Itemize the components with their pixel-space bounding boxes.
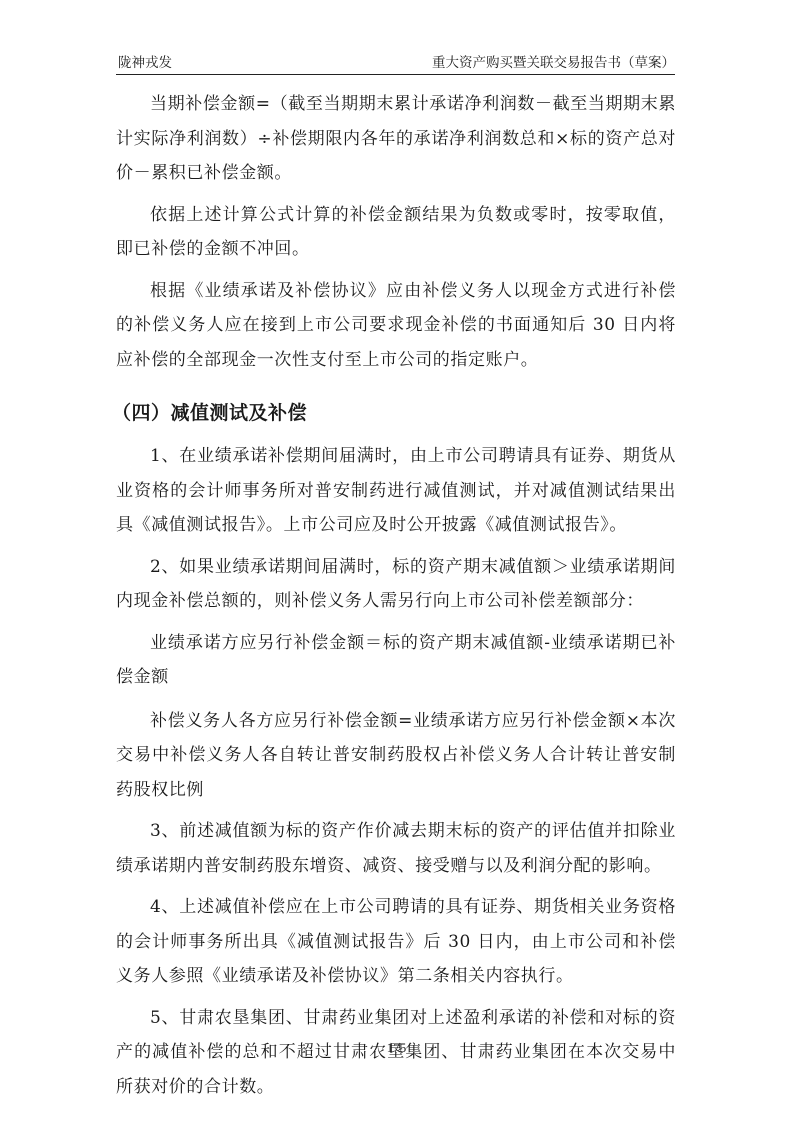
item-3: 3、前述减值额为标的资产作价减去期末标的资产的评估值并扣除业绩承诺期内普安制药股… [116, 814, 676, 883]
page-number: 175 [0, 1040, 793, 1056]
paragraph-cash-payment: 根据《业绩承诺及补偿协议》应由补偿义务人以现金方式进行补偿的补偿义务人应在接到上… [116, 274, 676, 378]
item-2: 2、如果业绩承诺期间届满时，标的资产期末减值额＞业绩承诺期间内现金补偿总额的，则… [116, 550, 676, 619]
paragraph-compensation-formula: 当期补偿金额=（截至当期期末累计承诺净利润数－截至当期期末累计实际净利润数）÷补… [116, 87, 676, 191]
document-body: 当期补偿金额=（截至当期期末累计承诺净利润数－截至当期期末累计实际净利润数）÷补… [116, 87, 676, 1111]
document-title: 重大资产购买暨关联交易报告书（草案） [432, 51, 675, 71]
formula-1: 业绩承诺方应另行补偿金额＝标的资产期末减值额-业绩承诺期已补偿金额 [116, 626, 676, 695]
page-header: 陇神戎发 重大资产购买暨关联交易报告书（草案） [116, 52, 675, 75]
item-1: 1、在业绩承诺补偿期间届满时，由上市公司聘请具有证券、期货从业资格的会计师事务所… [116, 439, 676, 543]
item-4: 4、上述减值补偿应在上市公司聘请的具有证券、期货相关业务资格的会计师事务所出具《… [116, 890, 676, 994]
company-name: 陇神戎发 [118, 51, 172, 71]
paragraph-zero-rule: 依据上述计算公式计算的补偿金额结果为负数或零时，按零取值，即已补偿的金额不冲回。 [116, 198, 676, 267]
formula-2: 补偿义务人各方应另行补偿金额=业绩承诺方应另行补偿金额×本次交易中补偿义务人各自… [116, 704, 676, 808]
section-heading: （四）减值测试及补偿 [112, 395, 676, 431]
